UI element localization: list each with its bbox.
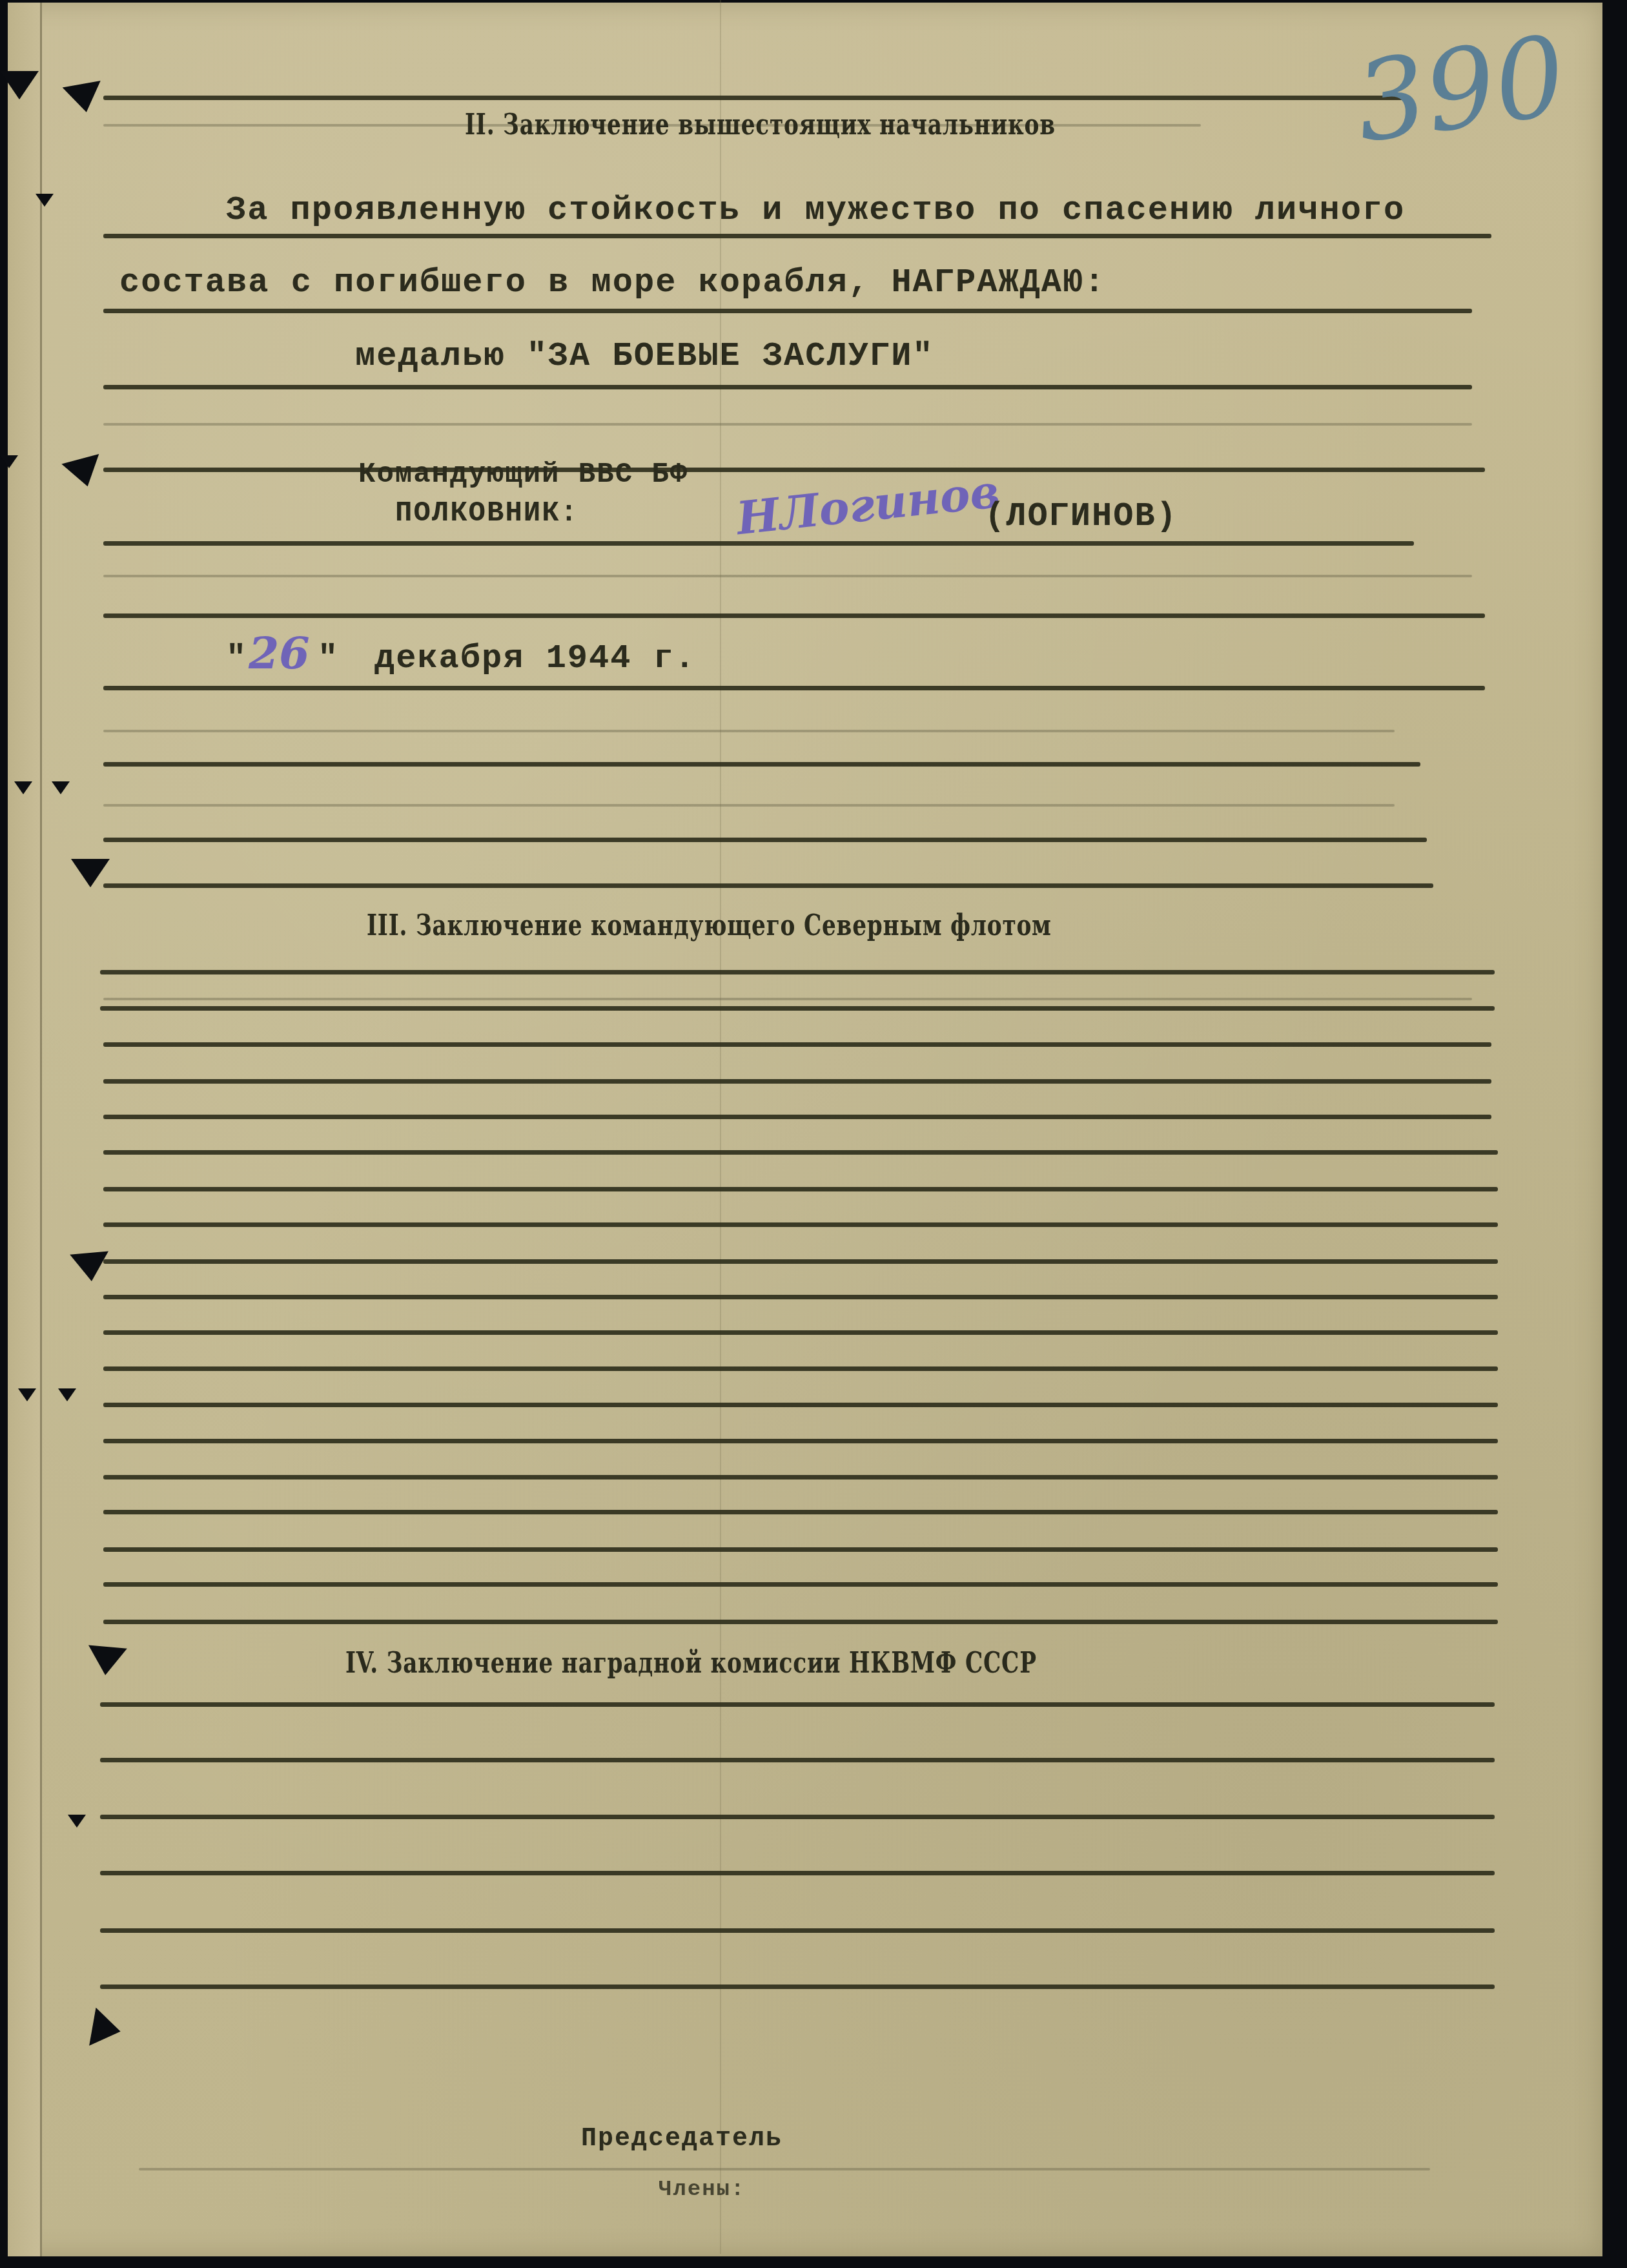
ruled-line (103, 1620, 1498, 1624)
ruled-line (100, 1815, 1495, 1819)
ruled-line (100, 1702, 1495, 1707)
punch-hole-icon (0, 455, 18, 468)
section-2-heading: II. Заключение вышестоящих начальников (465, 108, 1056, 141)
ruled-line (103, 883, 1433, 888)
ruled-line (100, 1984, 1495, 1989)
punch-hole-icon (18, 1388, 36, 1401)
ruled-line (103, 1582, 1498, 1587)
ruled-line (103, 1547, 1498, 1552)
ruled-line (103, 613, 1485, 618)
ruled-line (103, 96, 1407, 100)
ruled-line (100, 1928, 1495, 1933)
ruled-line (103, 1510, 1498, 1514)
punch-hole-icon (0, 71, 39, 99)
ruled-line (103, 1222, 1498, 1227)
chairman-label: Председатель (581, 2125, 783, 2154)
signatory-name: (ЛОГИНОВ) (985, 497, 1178, 535)
ruled-line (103, 1295, 1498, 1299)
ruled-line (100, 1006, 1495, 1011)
punch-hole-icon (86, 1645, 127, 1676)
ruled-line (103, 468, 1485, 472)
ruled-line-faint (103, 730, 1395, 732)
punch-hole-icon (14, 781, 32, 794)
section-4-heading: IV. Заключение наградной комиссии НКВМФ … (345, 1647, 1037, 1680)
punch-hole-icon (52, 781, 70, 794)
section-2-body-line-2: состава с погибшего в море корабля, НАГР… (119, 263, 1105, 302)
ruled-line (103, 1330, 1498, 1335)
binding-strip (8, 3, 42, 2256)
ruled-line (103, 1475, 1498, 1479)
ruled-line (103, 234, 1491, 238)
ruled-line-faint (103, 804, 1395, 807)
award-line: медалью "ЗА БОЕВЫЕ ЗАСЛУГИ" (355, 337, 934, 375)
ruled-line (103, 1259, 1498, 1264)
members-label: Члены: (659, 2178, 745, 2202)
date-rest: декабря 1944 г. (374, 639, 696, 677)
punch-hole-icon (70, 1251, 111, 1283)
punch-hole-icon (58, 1388, 76, 1401)
punch-hole-icon (68, 1815, 86, 1828)
signatory-title-line-2: ПОЛКОВНИК: (395, 497, 578, 530)
ruled-line-faint (139, 2168, 1430, 2170)
ruled-line (103, 1150, 1498, 1155)
ruled-line (100, 1871, 1495, 1875)
ruled-line-faint (103, 423, 1472, 426)
section-3-heading: III. Заключение командующего Северным фл… (367, 909, 1052, 942)
punch-hole-icon (36, 194, 54, 207)
ruled-line-faint (103, 998, 1472, 1000)
ruled-line (103, 1042, 1491, 1047)
ruled-line (103, 1439, 1498, 1443)
ruled-line (103, 686, 1485, 690)
ruled-line-faint (103, 575, 1472, 577)
ruled-line (103, 838, 1427, 842)
ruled-line (103, 1403, 1498, 1407)
ruled-line (103, 762, 1420, 767)
date-open-quote: " (226, 639, 247, 677)
ruled-line (103, 1187, 1498, 1191)
ruled-line (103, 1079, 1491, 1084)
ruled-line (103, 1366, 1498, 1371)
ruled-line (103, 1115, 1491, 1119)
ruled-line (100, 970, 1495, 974)
signatory-title-line-1: Командующий ВВС БФ (358, 459, 688, 491)
ruled-line (100, 1758, 1495, 1762)
ruled-line (103, 309, 1472, 313)
date-close-quote: " (318, 639, 339, 677)
ruled-line (103, 385, 1472, 389)
section-2-body-line-1: За проявленную стойкость и мужество по с… (226, 191, 1405, 229)
date-day-handwritten: 26 (249, 628, 310, 679)
